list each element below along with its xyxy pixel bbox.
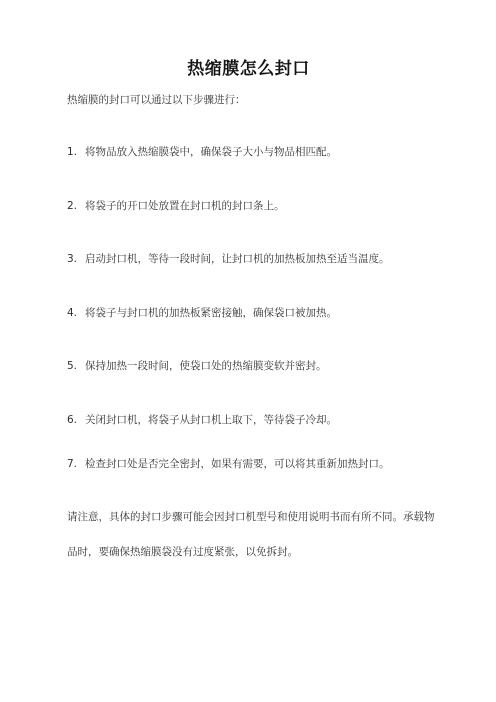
step-text: 保持加热一段时间，使袋口处的热缩膜变软并密封。 xyxy=(85,359,327,374)
document-title: 热缩膜怎么封口 xyxy=(63,57,434,81)
note-line-2: 品时，要确保热缩膜袋没有过度紧张，以免拆封。 xyxy=(67,535,438,570)
note-paragraph: 请注意，具体的封口步骤可能会因封口机型号和使用说明书而有所不同。承载物 品时，要… xyxy=(67,500,438,570)
step-item-6: 6. 关闭封口机，将袋子从封口机上取下，等待袋子冷却。 xyxy=(67,413,438,428)
step-number: 4. xyxy=(67,306,85,321)
step-number: 6. xyxy=(67,413,85,428)
step-number: 1. xyxy=(67,145,85,160)
step-text: 将袋子与封口机的加热板紧密接触，确保袋口被加热。 xyxy=(85,306,337,321)
step-text: 启动封口机，等待一段时间，让封口机的加热板加热至适当温度。 xyxy=(85,252,390,267)
steps-list: 1. 将物品放入热缩膜袋中，确保袋子大小与物品相匹配。 2. 将袋子的开口处放置… xyxy=(67,145,438,472)
step-text: 检查封口处是否完全密封，如果有需要，可以将其重新加热封口。 xyxy=(85,457,390,472)
note-line-1: 请注意，具体的封口步骤可能会因封口机型号和使用说明书而有所不同。承载物 xyxy=(67,500,438,535)
step-item-2: 2. 将袋子的开口处放置在封口机的封口条上。 xyxy=(67,199,438,214)
step-number: 7. xyxy=(67,457,85,472)
step-number: 2. xyxy=(67,199,85,214)
step-item-4: 4. 将袋子与封口机的加热板紧密接触，确保袋口被加热。 xyxy=(67,306,438,321)
document-page: 热缩膜怎么封口 热缩膜的封口可以通过以下步骤进行： 1. 将物品放入热缩膜袋中，… xyxy=(0,0,496,702)
step-number: 5. xyxy=(67,359,85,374)
intro-text: 热缩膜的封口可以通过以下步骤进行： xyxy=(67,93,438,108)
step-number: 3. xyxy=(67,252,85,267)
step-item-3: 3. 启动封口机，等待一段时间，让封口机的加热板加热至适当温度。 xyxy=(67,252,438,267)
step-text: 将物品放入热缩膜袋中，确保袋子大小与物品相匹配。 xyxy=(85,145,337,160)
step-text: 将袋子的开口处放置在封口机的封口条上。 xyxy=(85,199,285,214)
step-item-1: 1. 将物品放入热缩膜袋中，确保袋子大小与物品相匹配。 xyxy=(67,145,438,160)
step-item-7: 7. 检查封口处是否完全密封，如果有需要，可以将其重新加热封口。 xyxy=(67,457,438,472)
step-item-5: 5. 保持加热一段时间，使袋口处的热缩膜变软并密封。 xyxy=(67,359,438,374)
step-text: 关闭封口机，将袋子从封口机上取下，等待袋子冷却。 xyxy=(85,413,337,428)
